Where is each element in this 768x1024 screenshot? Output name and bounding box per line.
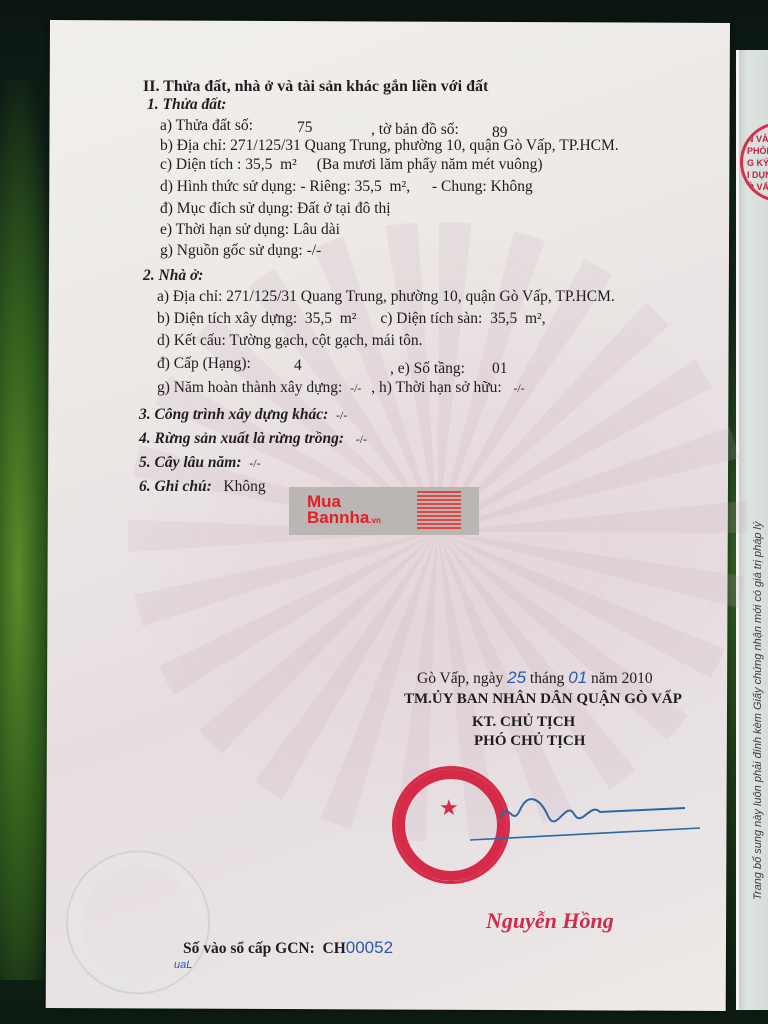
- floors-value: 01: [492, 360, 508, 378]
- other-item-perennial: 5. Cây lâu năm: -/-: [139, 454, 261, 472]
- date-month-label: tháng: [530, 670, 564, 687]
- private-label: - Riêng:: [300, 178, 350, 195]
- logo-text: Mua Bannha.vn: [307, 494, 381, 529]
- purpose-value: Đất ở tại đô thị: [297, 200, 390, 217]
- built-area: 35,5: [305, 310, 332, 327]
- private-unit: m²,: [390, 178, 411, 195]
- built-unit: m²: [340, 310, 357, 327]
- register-prefix: CH: [323, 940, 346, 957]
- private-area: 35,5: [355, 178, 382, 195]
- star-icon: ★: [439, 795, 459, 821]
- completion-row: g) Năm hoàn thành xây dựng: -/- , h) Thờ…: [157, 379, 525, 397]
- completion-value: -/-: [350, 381, 361, 395]
- vertical-note: Trang bổ sung này luôn phải đính kèm Giấ…: [752, 522, 764, 900]
- date-place: Gò Vấp, ngày: [417, 670, 503, 687]
- use-form-label: d) Hình thức sử dụng:: [160, 178, 297, 195]
- building-icon: [417, 491, 461, 531]
- date-day: 25: [507, 668, 526, 687]
- shared-label: - Chung:: [432, 178, 487, 195]
- other-item-notes: 6. Ghi chú: Không: [139, 478, 266, 496]
- completion-label: g) Năm hoàn thành xây dựng:: [157, 379, 342, 396]
- watermark-logo: Mua Bannha.vn: [289, 487, 479, 535]
- built-area-label: b) Diện tích xây dựng:: [157, 310, 297, 327]
- structure-label: d) Kết cấu:: [157, 332, 226, 349]
- stamp-line: I DỤNG Đ: [747, 169, 768, 181]
- structure-value: Tường gạch, cột gạch, mái tôn.: [229, 332, 422, 349]
- house-address: 271/125/31 Quang Trung, phường 10, quận …: [226, 288, 614, 305]
- land-area-row: c) Diện tích : 35,5 m² (Ba mươi lăm phẩy…: [160, 156, 543, 174]
- term-row: e) Thời hạn sử dụng: Lâu dài: [160, 221, 340, 239]
- shared-value: Không: [491, 178, 533, 195]
- logo-line2: Bannha: [307, 508, 369, 527]
- land-heading: 1. Thửa đất:: [147, 96, 226, 114]
- grade-value: 4: [294, 357, 302, 375]
- term-value: Lâu dài: [293, 221, 340, 238]
- other-value: -/-: [249, 456, 260, 470]
- initials: uaL: [174, 959, 192, 971]
- embossed-seal: [66, 850, 211, 995]
- logo-suffix: .vn: [369, 516, 381, 525]
- signing-role-2: PHÓ CHỦ TỊCH: [474, 733, 585, 750]
- area-words: (Ba mươi lăm phẩy năm mét vuông): [317, 156, 543, 173]
- floor-unit: m²,: [525, 310, 546, 327]
- area-unit: m²: [280, 156, 297, 173]
- area-label: c) Diện tích :: [160, 156, 241, 173]
- handwritten-signature: [470, 788, 700, 848]
- other-label: 5. Cây lâu năm:: [139, 454, 241, 471]
- date-month: 01: [568, 668, 587, 687]
- land-address: 271/125/31 Quang Trung, phường 10, quận …: [230, 137, 618, 154]
- section-title: II. Thửa đất, nhà ở và tài sản khác gắn …: [143, 78, 488, 96]
- origin-value: -/-: [307, 242, 322, 259]
- signing-role-1: KT. CHỦ TỊCH: [472, 714, 575, 731]
- address-label: a) Địa chỉ:: [157, 288, 222, 305]
- purpose-row: đ) Mục đích sử dụng: Đất ở tại đô thị: [160, 200, 391, 218]
- use-form-row: d) Hình thức sử dụng: - Riêng: 35,5 m², …: [160, 178, 533, 196]
- other-item-forest: 4. Rừng sản xuất là rừng trồng: -/-: [139, 430, 367, 448]
- other-label: 6. Ghi chú:: [139, 478, 212, 495]
- ownership-term-label: , h) Thời hạn sở hữu:: [371, 379, 501, 396]
- address-label: b) Địa chỉ:: [160, 137, 226, 154]
- structure-row: d) Kết cấu: Tường gạch, cột gạch, mái tô…: [157, 332, 423, 350]
- date-line: Gò Vấp, ngày 25 tháng 01 năm 2010: [417, 668, 653, 688]
- parcel-number: 75: [297, 119, 313, 137]
- other-label: 3. Công trình xây dựng khác:: [139, 406, 328, 423]
- register-label: Số vào sổ cấp GCN:: [183, 940, 315, 957]
- grade-label: đ) Cấp (Hạng):: [157, 355, 251, 373]
- signer-name: Nguyễn Hồng: [486, 908, 614, 934]
- stamp-line: N VÀ M: [747, 133, 768, 145]
- floors-label: , e) Số tầng:: [390, 360, 465, 378]
- house-area-row: b) Diện tích xây dựng: 35,5 m² c) Diện t…: [157, 310, 546, 328]
- stamp-line: G KÝ: [747, 157, 768, 169]
- other-value: Không: [223, 478, 265, 495]
- other-value: -/-: [356, 432, 367, 446]
- register-number: 00052: [346, 938, 393, 957]
- ownership-term-value: -/-: [513, 381, 524, 395]
- term-label: e) Thời hạn sử dụng:: [160, 221, 289, 238]
- stamp-line: PHÒNG: [747, 145, 768, 157]
- other-value: -/-: [336, 408, 347, 422]
- signing-org: TM.ỦY BAN NHÂN DÂN QUẬN GÒ VẤP: [404, 691, 682, 708]
- floor-area: 35,5: [490, 310, 517, 327]
- purpose-label: đ) Mục đích sử dụng:: [160, 200, 293, 217]
- other-label: 4. Rừng sản xuất là rừng trồng:: [139, 430, 344, 447]
- house-address-row: a) Địa chỉ: 271/125/31 Quang Trung, phườ…: [157, 288, 615, 306]
- date-year: năm 2010: [591, 670, 653, 687]
- land-address-row: b) Địa chỉ: 271/125/31 Quang Trung, phườ…: [160, 137, 619, 155]
- origin-label: g) Nguồn gốc sử dụng:: [160, 242, 303, 259]
- house-heading: 2. Nhà ở:: [143, 267, 203, 285]
- land-area: 35,5: [245, 156, 272, 173]
- floor-area-label: c) Diện tích sàn:: [380, 310, 482, 327]
- register-row: Số vào sổ cấp GCN: CH00052: [183, 938, 393, 958]
- origin-row: g) Nguồn gốc sử dụng: -/-: [160, 242, 321, 260]
- parcel-label: a) Thửa đất số:: [160, 117, 253, 135]
- other-item-construction: 3. Công trình xây dựng khác: -/-: [139, 406, 347, 424]
